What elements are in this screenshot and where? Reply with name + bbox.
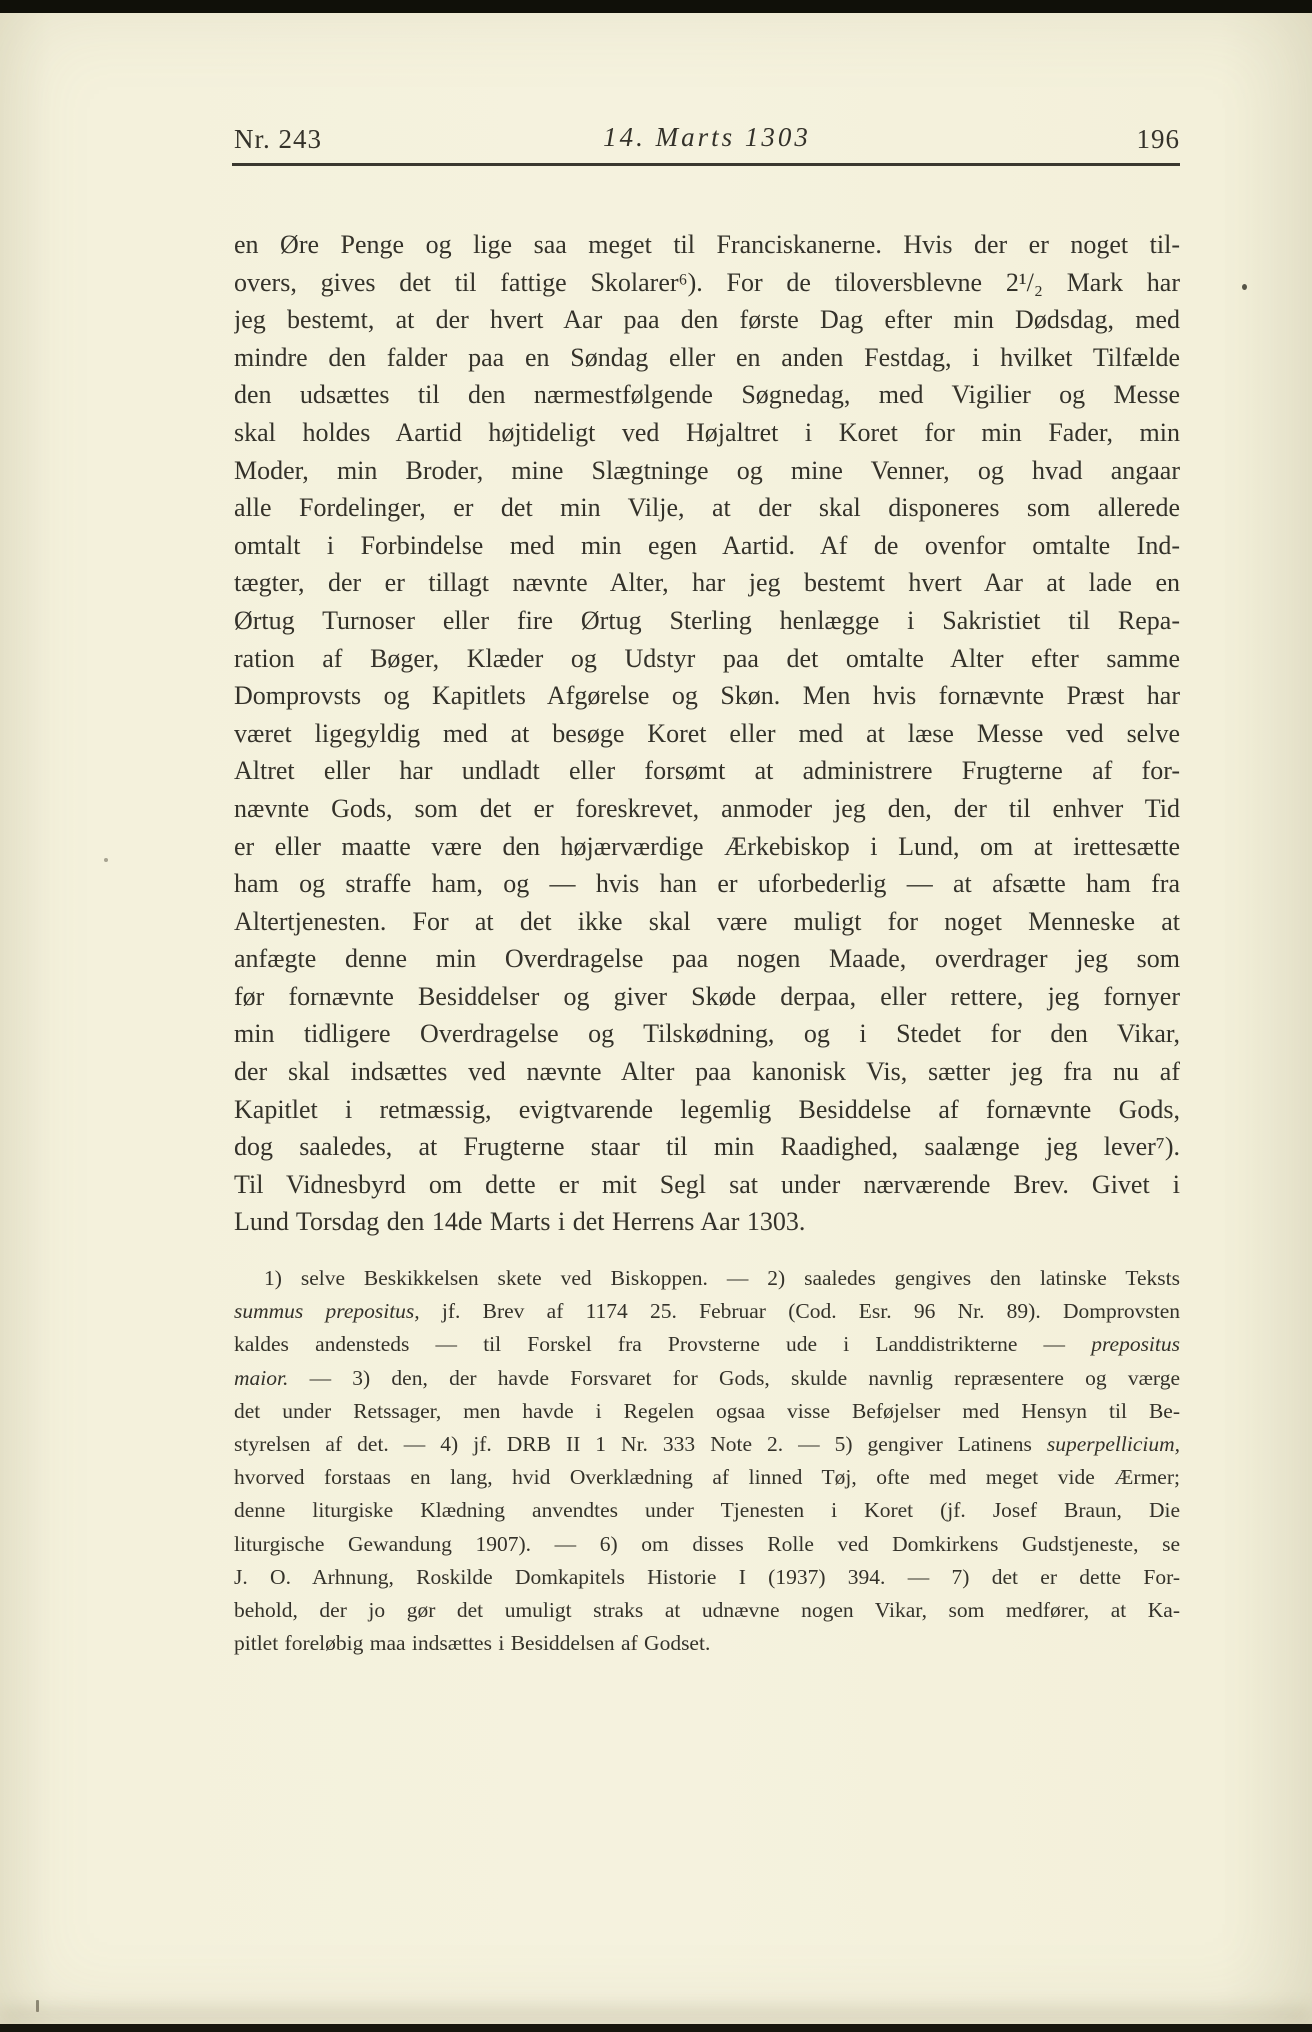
body-line: min tidligere Overdragelse og Tilskødnin… [234, 1015, 1180, 1053]
scan-artifact [104, 858, 108, 862]
footnote-line: det under Retssager, men havde i Regelen… [234, 1395, 1180, 1428]
page-heading-date: 14. Marts 1303 [603, 119, 811, 155]
body-line: anfægte denne min Overdragelse paa nogen… [234, 940, 1180, 978]
body-line: nævnte Gods, som det er foreskrevet, anm… [234, 790, 1180, 828]
body-line: før fornævnte Besiddelser og giver Skøde… [234, 978, 1180, 1016]
scan-artifact [36, 2000, 39, 2012]
footnote-line: hvorved forstaas en lang, hvid Overklædn… [234, 1461, 1180, 1494]
body-line: været ligegyldig med at besøge Koret ell… [234, 715, 1180, 753]
body-line: der skal indsættes ved nævnte Alter paa … [234, 1053, 1180, 1091]
body-line: mindre den falder paa en Søndag eller en… [234, 339, 1180, 377]
scan-edge-bottom [0, 2024, 1312, 2032]
body-line: Altertjenesten. For at det ikke skal vær… [234, 903, 1180, 941]
body-line: jeg bestemt, at der hvert Aar paa den fø… [234, 301, 1180, 339]
footnote-line: styrelsen af det. — 4) jf. DRB II 1 Nr. … [234, 1428, 1180, 1461]
body-line: tægter, der er tillagt nævnte Alter, har… [234, 564, 1180, 602]
footnote-line: J. O. Arhnung, Roskilde Domkapitels Hist… [234, 1561, 1180, 1594]
body-line: Ørtug Turnoser eller fire Ørtug Sterling… [234, 602, 1180, 640]
body-line: ham og straffe ham, og — hvis han er ufo… [234, 865, 1180, 903]
body-line: Lund Torsdag den 14de Marts i det Herren… [234, 1203, 1180, 1241]
running-header: Nr. 243 14. Marts 1303 196 [234, 121, 1180, 157]
footnote-line: denne liturgiske Klædning anvendtes unde… [234, 1494, 1180, 1527]
footnote-line: pitlet foreløbig maa indsættes i Besidde… [234, 1627, 1180, 1660]
footnote-line: behold, der jo gør det umuligt straks at… [234, 1594, 1180, 1627]
body-line: Til Vidnesbyrd om dette er mit Segl sat … [234, 1166, 1180, 1204]
header-rule [232, 163, 1180, 166]
body-line: Altret eller har undladt eller forsømt a… [234, 752, 1180, 790]
scan-edge-top [0, 0, 1312, 13]
body-line: den udsættes til den nærmestfølgende Søg… [234, 376, 1180, 414]
body-line: alle Fordelinger, er det min Vilje, at d… [234, 489, 1180, 527]
body-line: en Øre Penge og lige saa meget til Franc… [234, 226, 1180, 264]
body-line: dog saaledes, at Frugterne staar til min… [234, 1128, 1180, 1166]
footnotes-block: 1) selve Beskikkelsen skete ved Biskoppe… [234, 1262, 1180, 1660]
body-line: omtalt i Forbindelse med min egen Aartid… [234, 527, 1180, 565]
footnote-line: liturgische Gewandung 1907). — 6) om dis… [234, 1528, 1180, 1561]
body-line: overs, gives det til fattige Skolarer⁶).… [234, 264, 1180, 302]
body-line: Moder, min Broder, mine Slægtninge og mi… [234, 452, 1180, 490]
document-number: Nr. 243 [234, 121, 322, 157]
footnote-line: kaldes andensteds — til Forskel fra Prov… [234, 1328, 1180, 1361]
footnote-line: maior. — 3) den, der havde Forsvaret for… [234, 1362, 1180, 1395]
scanned-book-page: Nr. 243 14. Marts 1303 196 en Øre Penge … [0, 0, 1312, 2032]
body-line: skal holdes Aartid højtideligt ved Højal… [234, 414, 1180, 452]
body-line: er eller maatte være den højærværdige Ær… [234, 828, 1180, 866]
footnote-line: summus prepositus, jf. Brev af 1174 25. … [234, 1295, 1180, 1328]
body-line: Domprovsts og Kapitlets Afgørelse og Skø… [234, 677, 1180, 715]
scan-artifact [1242, 284, 1247, 290]
body-line: Kapitlet i retmæssig, evigtvarende legem… [234, 1091, 1180, 1129]
footnote-line: 1) selve Beskikkelsen skete ved Biskoppe… [234, 1262, 1180, 1295]
body-line: ration af Bøger, Klæder og Udstyr paa de… [234, 640, 1180, 678]
page-number: 196 [1137, 121, 1181, 157]
document-body: en Øre Penge og lige saa meget til Franc… [234, 226, 1180, 1241]
